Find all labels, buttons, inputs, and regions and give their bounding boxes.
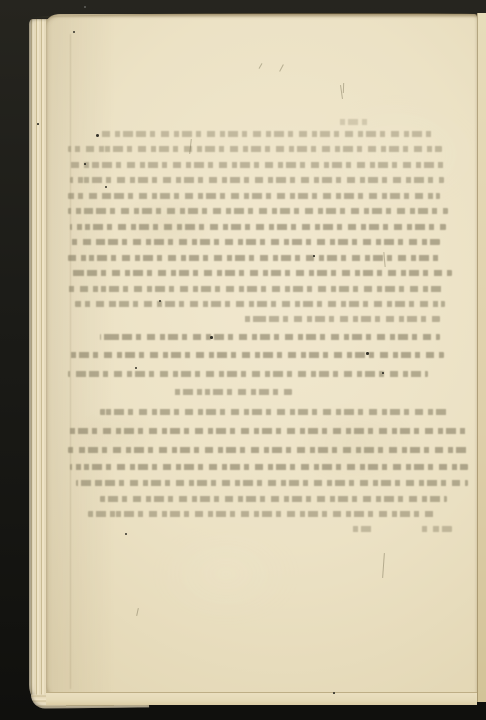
adjacent-page-edge (477, 13, 486, 702)
book-page (46, 14, 477, 705)
scanned-page-photo (0, 0, 486, 720)
page-bottom-edge (46, 692, 477, 705)
page-crease-left (70, 34, 71, 689)
page-top-edge (32, 13, 486, 18)
paper-texture (46, 14, 477, 705)
